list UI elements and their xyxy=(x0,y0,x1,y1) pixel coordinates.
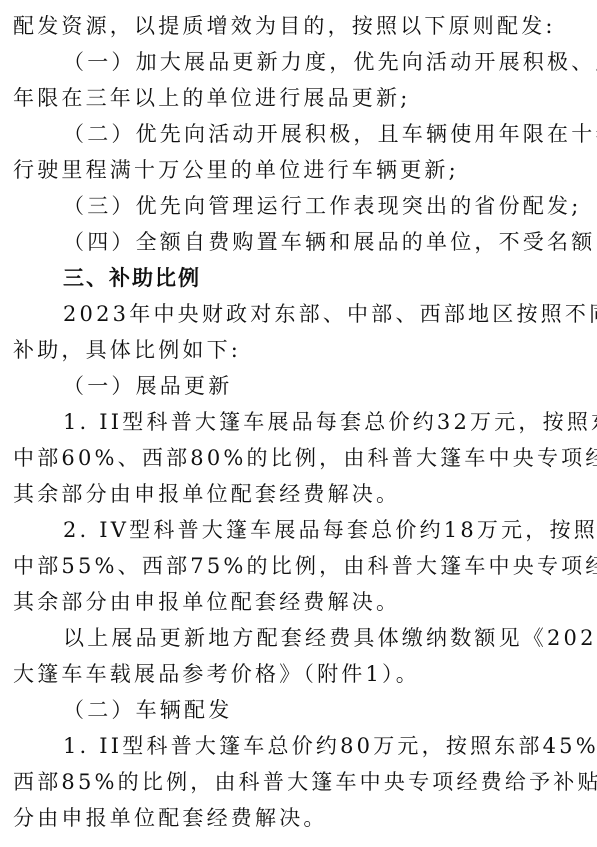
principle-1-continued: 年限在三年以上的单位进行展品更新; xyxy=(13,80,591,116)
vehicle-item-1-continued: 西部85%的比例，由科普大篷车中央专项经费给予补贴，其余部 xyxy=(13,764,591,800)
principle-2-continued: 行驶里程满十万公里的单位进行车辆更新; xyxy=(13,152,591,188)
paragraph-line: 配发资源，以提质增效为目的，按照以下原则配发: xyxy=(13,8,591,44)
principle-4-line: （四）全额自费购置车辆和展品的单位，不受名额限制。 xyxy=(13,224,591,260)
vehicle-item-1-end: 分由申报单位配套经费解决。 xyxy=(13,800,591,836)
exhibit-item-1-line: 1. II型科普大篷车展品每套总价约32万元，按照东部40%、 xyxy=(13,404,591,440)
vehicle-item-1-line: 1. II型科普大篷车总价约80万元，按照东部45%、中部70%、 xyxy=(13,728,591,764)
principle-2-line: （二）优先向活动开展积极，且车辆使用年限在十年以上或 xyxy=(13,116,591,152)
exhibit-item-2-line: 2. IV型科普大篷车展品每套总价约18万元，按照东部35%、 xyxy=(13,512,591,548)
principle-1-line: （一）加大展品更新力度，优先向活动开展积极、展品使用 xyxy=(13,44,591,80)
exhibit-note-continued: 大篷车车载展品参考价格》（附件1）。 xyxy=(13,656,591,692)
subsidy-intro-line: 2023年中央财政对东部、中部、西部地区按照不同比例予以 xyxy=(13,296,591,332)
exhibit-item-1-end: 其余部分由申报单位配套经费解决。 xyxy=(13,476,591,512)
subheading-vehicle-allocation: （二）车辆配发 xyxy=(13,692,591,728)
exhibit-item-1-continued: 中部60%、西部80%的比例，由科普大篷车中央专项经费给予补贴， xyxy=(13,440,591,476)
exhibit-note-line: 以上展品更新地方配套经费具体缴纳数额见《2023年度科普 xyxy=(13,620,591,656)
section-heading-subsidy-ratio: 三、补助比例 xyxy=(13,260,591,296)
principle-3-line: （三）优先向管理运行工作表现突出的省份配发; xyxy=(13,188,591,224)
subsidy-intro-continued: 补助，具体比例如下: xyxy=(13,332,591,368)
document-page: 配发资源，以提质增效为目的，按照以下原则配发: （一）加大展品更新力度，优先向活… xyxy=(13,8,591,836)
exhibit-item-2-continued: 中部55%、西部75%的比例，由科普大篷车中央专项经费给予补贴， xyxy=(13,548,591,584)
subheading-exhibit-update: （一）展品更新 xyxy=(13,368,591,404)
exhibit-item-2-end: 其余部分由申报单位配套经费解决。 xyxy=(13,584,591,620)
